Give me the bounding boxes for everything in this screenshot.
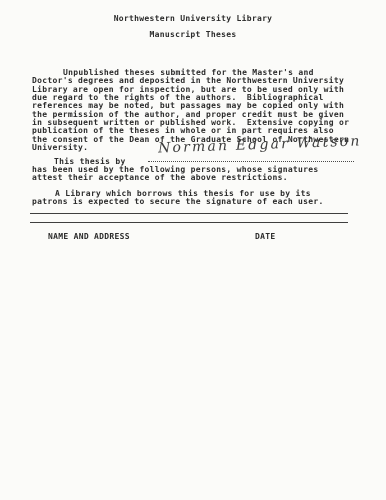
usage-paragraph: has been used by the following persons, … [32, 166, 362, 183]
borrow-paragraph: A Library which borrows this thesis for … [32, 190, 362, 207]
scanned-document-page: Northwestern University Library Manuscri… [0, 0, 386, 500]
signature-table-bottom-rule [30, 222, 348, 223]
name-and-address-header: NAME AND ADDRESS [48, 232, 130, 241]
page-title: Northwestern University Library [0, 14, 386, 23]
page-subtitle: Manuscript Theses [0, 30, 386, 39]
date-header: DATE [255, 232, 275, 241]
body-line: attest their acceptance of the above res… [32, 174, 362, 182]
signature-table-top-rule [30, 213, 348, 214]
body-line: patrons is expected to secure the signat… [32, 198, 362, 206]
